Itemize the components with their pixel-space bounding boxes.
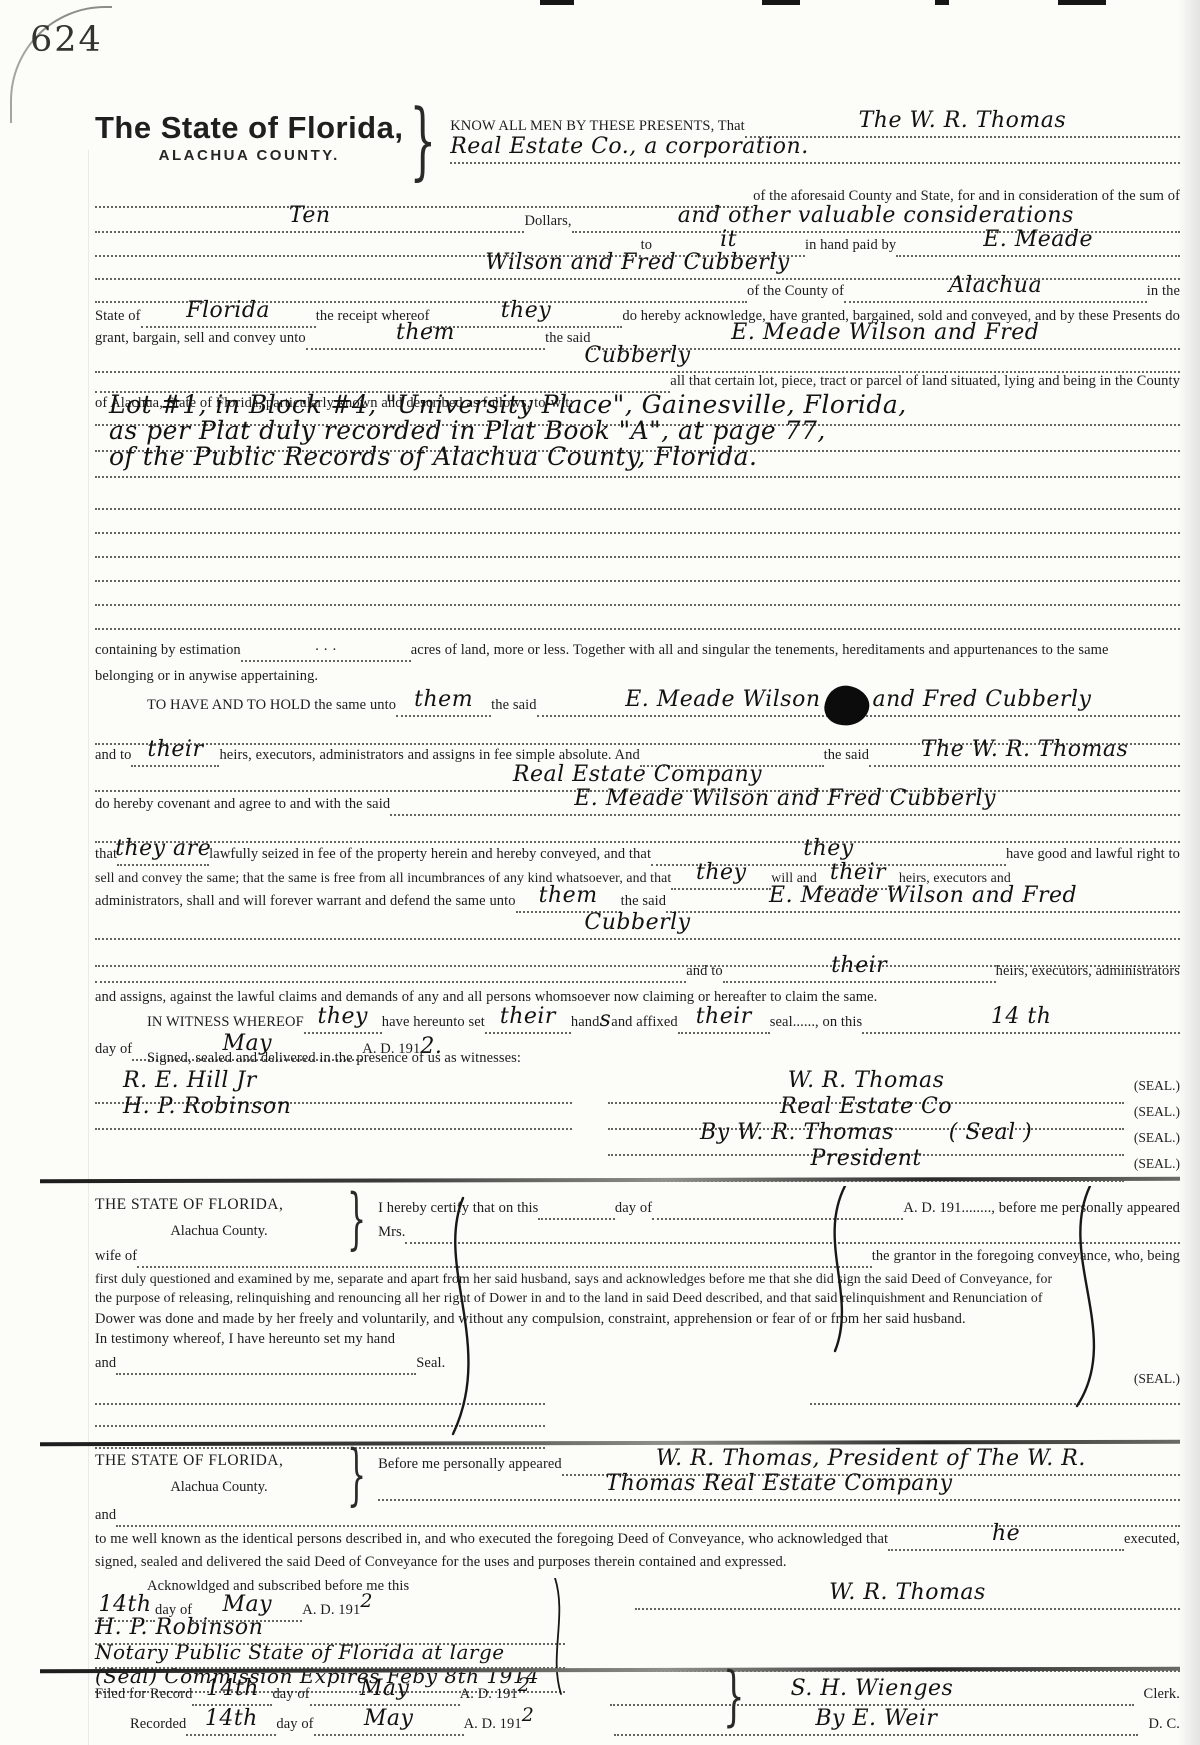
grantee-name: Cubberly [584, 353, 690, 359]
scan-artifact [540, 0, 574, 5]
printed-text: executed, [1124, 1531, 1180, 1548]
estimation-mark: · · · [315, 642, 337, 659]
blank-line: they [430, 308, 623, 328]
printed-text: In testimony whereof, I have hereunto se… [95, 1331, 395, 1348]
blank-line [95, 963, 686, 983]
blank-line: E. Meade Wilson and Fred Cubberly [390, 796, 1180, 816]
printed-text: lawfully seized in fee of the property h… [209, 846, 651, 863]
recorded-row: Recorded 14th day of May A. D. 191 2 By … [95, 1716, 1180, 1736]
printed-text: grant, bargain, sell and convey unto [95, 330, 306, 347]
printed-text: A. D. 191........, before me personally … [903, 1200, 1180, 1217]
grantor-signature-2: Real Estate Co [780, 1104, 952, 1110]
acknowledgment-section: THE STATE OF FLORIDA, Alachua County. } … [95, 1452, 1180, 1693]
blank-line: their [485, 1014, 571, 1034]
printed-text: the said [824, 747, 870, 764]
form-line: Signed, sealed and delivered in the pres… [95, 1050, 1180, 1070]
form-line: TO HAVE AND TO HOLD the same unto them t… [95, 697, 1180, 717]
scan-artifact [1058, 0, 1106, 5]
signature-section: Signed, sealed and delivered in the pres… [95, 1050, 1180, 1182]
month-entry: May [222, 1041, 272, 1047]
blank-line: The W. R. Thomas [745, 118, 1180, 138]
property-description: Lot #1, in Block #4, "University Place",… [95, 400, 1180, 478]
venue-block: THE STATE OF FLORIDA, Alachua County. [95, 1452, 343, 1496]
paid-to-entry: it [720, 237, 737, 243]
scan-artifact [762, 0, 800, 5]
form-line: Acknowldged and subscribed before me thi… [95, 1578, 565, 1598]
form-line [95, 1407, 1180, 1427]
printed-text: day of [615, 1200, 652, 1217]
spacer [545, 1385, 810, 1405]
county-label: Alachua County. [95, 1223, 343, 1240]
printed-text: and to [95, 747, 131, 764]
habendum-covenants: TO HAVE AND TO HOLD the same unto them t… [95, 690, 1180, 1061]
blank-line [95, 486, 1180, 510]
printed-text: and assigns, against the lawful claims a… [95, 989, 877, 1006]
printed-text: A. D. 191 [464, 1716, 522, 1733]
blank-line: E. Meade Wilson and Fred [666, 893, 1180, 913]
printed-text: signed, sealed and delivered the said De… [95, 1554, 787, 1571]
blank-line: Real Estate Co., a corporation. [450, 144, 1180, 164]
form-line: W. R. Thomas [635, 1590, 1180, 1610]
blank-line [405, 1224, 1180, 1244]
signature-line: S. H. Wienges [610, 1686, 1133, 1706]
blank-line: he [888, 1531, 1124, 1551]
seal-label: (SEAL.) [1134, 1130, 1180, 1146]
grantor-signature-1: W. R. Thomas [788, 1078, 945, 1084]
form-line: do hereby covenant and agree to and with… [95, 796, 1180, 816]
recorded-month-entry: May [364, 1716, 414, 1722]
grantee-name: E. Meade Wilson and Fred Cubberly [574, 796, 996, 802]
pronoun-entry: they [501, 308, 551, 314]
printed-text: the said [491, 697, 537, 714]
filing-brace: } [723, 1665, 745, 1730]
signature-line: H. P. Robinson [95, 1104, 572, 1130]
grantor-signature-column: W. R. Thomas (SEAL.) Real Estate Co (SEA… [608, 1078, 1180, 1182]
blank-line: their [678, 1014, 770, 1034]
blank-line: Florida [141, 308, 316, 328]
form-line: Mrs. [378, 1224, 1180, 1244]
seal-label: (SEAL.) [1134, 1078, 1180, 1094]
document-header: The State of Florida, ALACHUA COUNTY. } … [95, 112, 1180, 164]
appearer-name: W. R. Thomas, President of The W. R. [656, 1456, 1086, 1462]
certificate-opening: I hereby certify that on this day of A. … [378, 1196, 1180, 1244]
printed-text: day of [272, 1686, 309, 1703]
blank-line: 14 th [862, 1014, 1180, 1034]
blank-line [95, 606, 1180, 630]
form-line: containing by estimation · · · acres of … [95, 642, 1180, 662]
form-line: that they are lawfully seized in fee of … [95, 846, 1180, 866]
grantee-name: E. Meade Wilson and Fred [769, 893, 1077, 899]
printed-text: to me well known as the identical person… [95, 1531, 888, 1548]
printed-text: the said [621, 893, 667, 910]
blank-line: · · · [241, 642, 411, 662]
filed-month-entry: May [360, 1686, 410, 1692]
form-line: I hereby certify that on this day of A. … [378, 1200, 1180, 1220]
seal-label: (SEAL.) [1134, 1156, 1180, 1172]
printed-text: have hereunto set [382, 1014, 485, 1031]
blank-line [95, 1429, 545, 1449]
printed-text: Seal. [416, 1355, 445, 1372]
printed-text: containing by estimation [95, 642, 241, 659]
state-title: The State of Florida, [95, 112, 403, 144]
form-line: the purpose of releasing, relinquishing … [95, 1290, 1180, 1310]
blank-line [95, 1407, 545, 1427]
witness-signature-2: H. P. Robinson [123, 1104, 291, 1110]
blank-line: E. Meade [896, 237, 1180, 257]
empty-ruled-lines [95, 486, 1180, 630]
printed-text: Dollars, [524, 213, 571, 230]
dower-certificate-section: THE STATE OF FLORIDA, Alachua County. } … [95, 1196, 1180, 1449]
notary-column: Acknowldged and subscribed before me thi… [95, 1578, 565, 1693]
printed-text: Mrs. [378, 1224, 405, 1241]
printed-text: IN WITNESS WHEREOF [147, 1014, 304, 1031]
form-line: In testimony whereof, I have hereunto se… [95, 1331, 1180, 1351]
witness-signature-row: H. P. Robinson [95, 1104, 572, 1130]
printed-text: day of [276, 1716, 313, 1733]
grantor-signature-3: By W. R. Thomas [700, 1130, 894, 1136]
printed-text: and [95, 1507, 116, 1524]
printed-text: and [95, 1355, 116, 1372]
grantor-signature-4: President [810, 1156, 921, 1162]
pronoun-entry: them [396, 330, 455, 336]
day-entry: 14th [98, 1602, 151, 1608]
clerk-signature: S. H. Wienges [791, 1686, 954, 1692]
blank-line: 14th [192, 1686, 272, 1706]
spacer [534, 1716, 614, 1736]
clerk-label: Clerk. [1144, 1686, 1180, 1703]
printed-text: in hand paid by [805, 237, 896, 254]
printed-text: Recorded [95, 1716, 186, 1733]
blank-line [95, 582, 1180, 606]
plural-s-entry: s [600, 1017, 612, 1023]
blank-line: they [671, 870, 771, 890]
header-brace: } [409, 99, 436, 183]
blank-line [652, 1200, 903, 1220]
binding-edge-line [88, 150, 89, 1745]
blank-line: Ten [95, 213, 524, 233]
blank-line [538, 1200, 614, 1220]
recorded-year-entry: 2 [522, 1712, 535, 1718]
spacer [530, 1686, 610, 1706]
blank-line: their [723, 963, 996, 983]
witness-signature-1: R. E. Hill Jr [123, 1078, 257, 1084]
grantor-name: The W. R. Thomas [859, 118, 1067, 124]
printed-text: TO HAVE AND TO HOLD the same unto [147, 697, 396, 714]
blank-line: Thomas Real Estate Company [378, 1481, 1180, 1501]
notary-title: Notary Public State of Florida at large [95, 1649, 505, 1655]
filing-record-section: } Filed for Record 14th day of May A. D.… [95, 1678, 1180, 1736]
signature-row: Real Estate Co (SEAL.) [608, 1104, 1180, 1130]
blank-line: Alachua [844, 283, 1147, 303]
notary-signature: H. P. Robinson [95, 1625, 263, 1631]
appearance-clause: Before me personally appeared W. R. Thom… [378, 1452, 1180, 1501]
printed-text: the grantor in the foregoing conveyance,… [872, 1248, 1180, 1265]
form-line: Real Estate Co., a corporation. [450, 144, 1180, 164]
blank-line: The W. R. Thomas [869, 747, 1180, 767]
blank-line: them [306, 330, 545, 350]
form-line: signed, sealed and delivered the said De… [95, 1554, 1180, 1574]
venue-block: THE STATE OF FLORIDA, Alachua County. [95, 1196, 343, 1240]
seal-label: (SEAL.) [1134, 1104, 1180, 1120]
grantee-name: Cubberly [584, 920, 690, 926]
blank-line [95, 819, 1180, 843]
form-line: to me well known as the identical person… [95, 1531, 1180, 1551]
printed-text: Signed, sealed and delivered in the pres… [147, 1050, 521, 1067]
deputy-clerk-signature: By E. Weir [815, 1716, 937, 1722]
grantor-name: The W. R. Thomas [921, 747, 1129, 753]
printed-text: all that certain lot, piece, tract or pa… [670, 373, 1180, 390]
blank-line: them [396, 697, 491, 717]
form-line: first duly questioned and examined by me… [95, 1271, 1180, 1291]
opening-clause: KNOW ALL MEN BY THESE PRESENTS, That The… [450, 112, 1180, 164]
blank-line [95, 510, 1180, 534]
printed-text: heirs, executors, administrators [996, 963, 1180, 980]
printed-text: first duly questioned and examined by me… [95, 1271, 1052, 1287]
venue-brace: } [347, 1188, 366, 1254]
printed-text: State of [95, 308, 141, 325]
consideration-entry: and other valuable considerations [678, 213, 1074, 219]
grantor-name: Real Estate Company [513, 772, 762, 778]
blank-line: they [304, 1014, 382, 1034]
blank-line [137, 1248, 872, 1268]
blank-line [95, 558, 1180, 582]
form-line: Cubberly [95, 353, 1180, 373]
blank-line: 14th [186, 1716, 276, 1736]
blank-line [810, 1385, 1180, 1405]
filed-year-entry: 2 [518, 1682, 531, 1688]
day-entry: 14 th [991, 1014, 1052, 1020]
form-line: Cubberly [95, 920, 1180, 940]
printed-text: have good and lawful right to [1006, 846, 1180, 863]
blank-line [116, 1507, 1180, 1527]
grantee-name: Wilson and Fred Cubberly [485, 260, 789, 266]
printed-text: hand [571, 1014, 600, 1031]
blank-line: they are [117, 846, 209, 866]
printed-text: acres of land, more or less. Together wi… [411, 642, 1109, 659]
blank-line: May [314, 1716, 464, 1736]
filed-for-record-row: Filed for Record 14th day of May A. D. 1… [95, 1686, 1180, 1706]
venue-brace: } [347, 1444, 366, 1510]
printed-text: that [95, 846, 117, 863]
printed-text: and to [686, 963, 722, 980]
spacer [545, 1407, 1180, 1427]
granting-clause: of the aforesaid County and State, for a… [95, 182, 1180, 415]
state-entry: Florida [186, 308, 270, 314]
form-line: Thomas Real Estate Company [378, 1481, 1180, 1501]
month-entry: May [222, 1602, 272, 1608]
state-label: THE STATE OF FLORIDA, [95, 1196, 343, 1214]
state-title-block: The State of Florida, ALACHUA COUNTY. [95, 112, 403, 164]
spacer [373, 1602, 565, 1622]
printed-text: do hereby covenant and agree to and with… [95, 796, 390, 813]
containing-clause: containing by estimation · · · acres of … [95, 642, 1180, 688]
blank-line: May [310, 1686, 460, 1706]
printed-text: of the County of [747, 283, 844, 300]
printed-text: in the [1147, 283, 1180, 300]
printed-text: Before me personally appeared [378, 1456, 562, 1473]
county-label: ALACHUA COUNTY. [95, 147, 403, 164]
printed-text: KNOW ALL MEN BY THESE PRESENTS, That [450, 118, 745, 135]
description-line-3: of the Public Records of Alachua County,… [95, 452, 1180, 478]
grantee-name: E. Meade Wilson and Fred [731, 330, 1039, 336]
state-label: THE STATE OF FLORIDA, [95, 1452, 343, 1470]
printed-text: seal......, on this [770, 1014, 863, 1031]
sum-amount: Ten [289, 213, 331, 219]
printed-text: Dower was done and made by her freely an… [95, 1311, 966, 1328]
grantee-name: E. Meade [983, 237, 1093, 243]
form-line: Dower was done and made by her freely an… [95, 1311, 1180, 1331]
deed-document-page: 624 The State of Florida, ALACHUA COUNTY… [0, 0, 1200, 1745]
form-line [95, 1385, 1180, 1405]
deputy-clerk-label: D. C. [1148, 1716, 1180, 1733]
grantor-name-2: Real Estate Co., a corporation. [450, 144, 809, 150]
appearer-name-2: Thomas Real Estate Company [606, 1481, 953, 1487]
form-line: belonging or in anywise appertaining. [95, 668, 1180, 688]
printed-text: wife of [95, 1248, 137, 1265]
blank-line [95, 534, 1180, 558]
blank-line [95, 1385, 545, 1405]
blank-line [95, 188, 753, 208]
printed-text: Filed for Record [95, 1686, 192, 1703]
county-entry: Alachua [949, 283, 1042, 289]
witness-column: R. E. Hill Jr H. P. Robinson [95, 1078, 608, 1182]
recorded-day-entry: 14th [205, 1716, 258, 1722]
blank-line: their [131, 747, 219, 767]
printed-text: I hereby certify that on this [378, 1200, 538, 1217]
form-line: and to their heirs, executors, administr… [95, 963, 1180, 983]
printed-text: A. D. 191 [460, 1686, 518, 1703]
county-label: Alachua County. [95, 1479, 343, 1496]
printed-text: administrators, shall and will forever w… [95, 893, 516, 910]
handwritten-seal-note: ( Seal ) [949, 1130, 1032, 1136]
signature-line: W. R. Thomas [635, 1590, 1180, 1610]
filed-day-entry: 14th [206, 1686, 259, 1692]
printed-text: the purpose of releasing, relinquishing … [95, 1290, 1043, 1306]
appearer-signature: W. R. Thomas [829, 1590, 986, 1596]
blank-line: Cubberly [95, 353, 1180, 373]
scan-artifact [935, 0, 949, 5]
printed-text: and affixed [611, 1014, 677, 1031]
blank-line: E. Meade Wilson and Fred Cubberly [537, 697, 1180, 717]
printed-text: A. D. 191 [302, 1602, 360, 1619]
printed-text: belonging or in anywise appertaining. [95, 668, 318, 685]
page-number: 624 [30, 20, 103, 60]
year-entry: 2 [360, 1598, 373, 1604]
signature-line: By E. Weir [614, 1716, 1138, 1736]
form-line: wife of the grantor in the foregoing con… [95, 1248, 1180, 1268]
blank-line: Cubberly [95, 920, 1180, 940]
